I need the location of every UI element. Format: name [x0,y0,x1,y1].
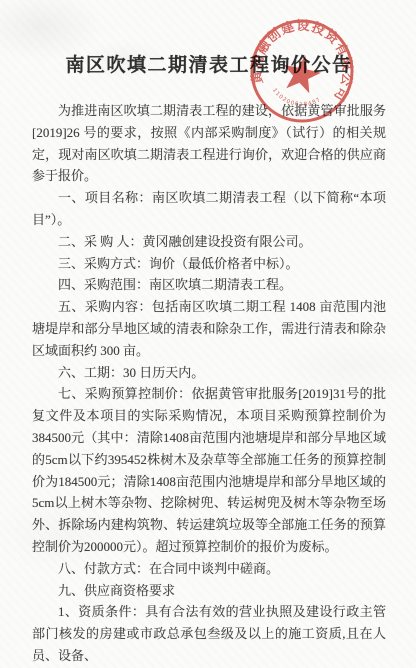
intro-paragraph: 为推进南区吹填二期清表工程的建设，依据黄管审批服务[2019]26 号的要求，按… [32,100,386,187]
item-supplier-qualification-heading: 九、供应商资格要求 [32,580,386,602]
item-construction-period: 六、工期：30 日历天内。 [32,362,386,384]
scanned-document-page: 南区吹填二期清表工程询价公告 为推进南区吹填二期清表工程的建设，依据黄管审批服务… [0,0,416,668]
document-title: 南区吹填二期清表工程询价公告 [32,50,386,77]
document-body: 为推进南区吹填二期清表工程的建设，依据黄管审批服务[2019]26 号的要求，按… [32,100,386,667]
item-procurement-scope: 四、采购范围：南区吹填二期清表工程。 [32,274,386,296]
item-budget-control-price: 七、采购预算控制价：依据黄管审批服务[2019]31号的批复文件及本项目的实际采… [32,383,386,557]
item-payment-method: 八、付款方式：在合同中谈判中磋商。 [32,558,386,580]
item-project-name: 一、项目名称：南区吹填二期清表工程（以下简称“本项目”）。 [32,187,386,231]
item-purchaser: 二、采 购 人：黄冈融创建设投资有限公司。 [32,231,386,253]
item-procurement-content: 五、采购内容：包括南区吹填二期工程 1408 亩范围内池塘堤岸和部分旱地区域的清… [32,296,386,361]
item-procurement-method: 三、采购方式：询价（最低价格者中标）。 [32,253,386,275]
item-qualification-conditions: 1、资质条件：具有合法有效的营业执照及建设行政主管部门核发的房建或市政总承包叁级… [32,601,386,666]
